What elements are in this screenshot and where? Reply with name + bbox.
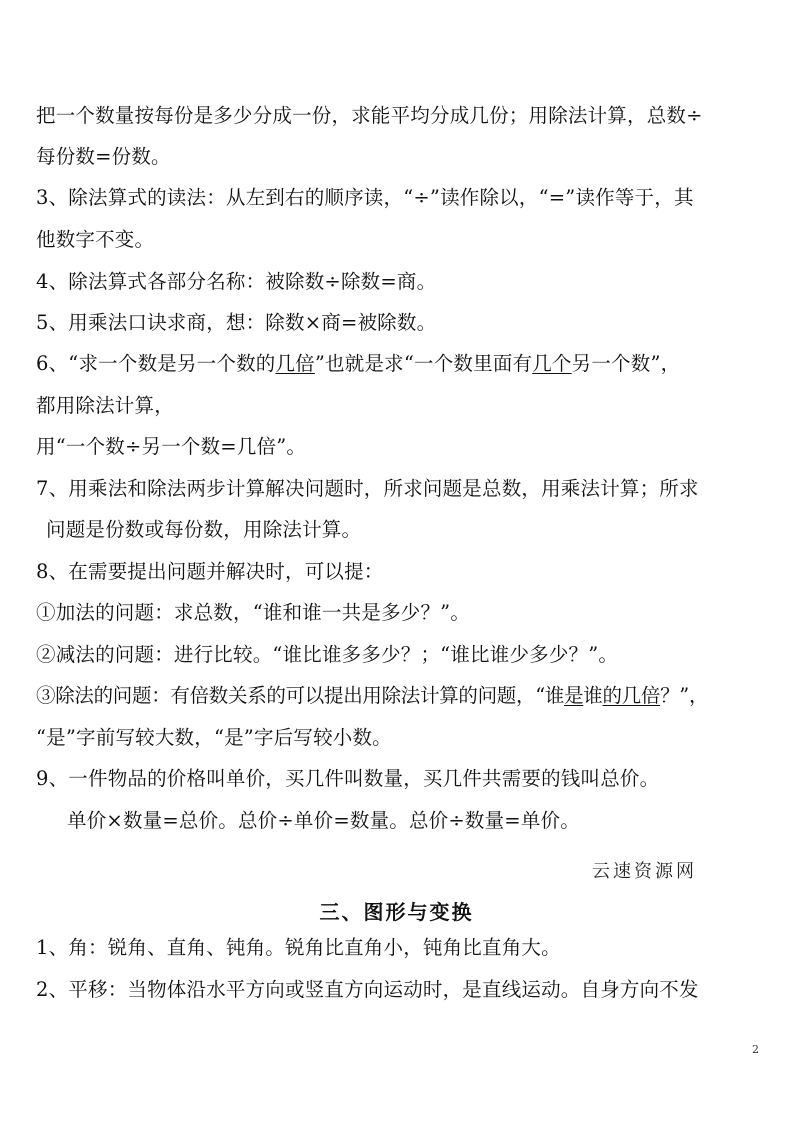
text-line: 单价×数量=总价。总价÷单价=数量。总价÷数量=单价。	[67, 809, 792, 833]
underlined-term: 几个	[532, 352, 571, 375]
text-line: 7、用乘法和除法两步计算解决问题时，所求问题是总数，用乘法计算；所求	[36, 477, 761, 501]
text-span: 谁	[583, 684, 602, 707]
text-line: 3、除法算式的读法：从左到右的顺序读，“÷”读作除以，“=”读作等于，其	[36, 186, 761, 210]
text-line: ③除法的问题：有倍数关系的可以提出用除法计算的问题，“谁是谁的几倍？”，	[36, 684, 761, 708]
text-line: 5、用乘法口诀求商，想：除数×商=被除数。	[36, 311, 761, 335]
text-line: 8、在需要提出问题并解决时，可以提：	[36, 560, 761, 584]
text-line: 2、平移：当物体沿水平方向或竖直方向运动时，是直线运动。自身方向不发	[36, 978, 761, 1002]
underlined-term: 是	[564, 684, 583, 707]
page-number: 2	[752, 1043, 759, 1056]
text-line: 都用除法计算，	[36, 394, 761, 418]
underlined-term: 几倍	[275, 352, 314, 375]
text-span: ？”，	[660, 684, 708, 707]
text-line: “是”字前写较大数，“是”字后写较小数。	[36, 726, 761, 750]
text-span: ③除法的问题：有倍数关系的可以提出用除法计算的问题，“谁	[36, 684, 564, 707]
section-heading: 三、图形与变换	[0, 896, 793, 925]
text-line: 9、一件物品的价格叫单价，买几件叫数量，买几件共需要的钱叫总价。	[36, 767, 761, 791]
text-line: ①加法的问题：求总数，“谁和谁一共是多少？”。	[36, 601, 761, 625]
text-line: 每份数=份数。	[36, 145, 761, 169]
text-line: 4、除法算式各部分名称：被除数÷除数=商。	[36, 270, 761, 294]
text-span: 6、“求一个数是另一个数的	[36, 352, 275, 375]
text-line: 6、“求一个数是另一个数的几倍”也就是求“一个数里面有几个另一个数”，	[36, 352, 761, 376]
text-line: 他数字不变。	[36, 228, 761, 252]
text-line: 问题是份数或每份数，用除法计算。	[46, 518, 771, 542]
underlined-term: 的几倍	[602, 684, 660, 707]
document-page: 把一个数量按每份是多少分成一份，求能平均分成几份；用除法计算，总数÷ 每份数=份…	[0, 0, 793, 1122]
text-span: 另一个数”，	[572, 352, 681, 375]
watermark: 云速资源网	[592, 857, 697, 883]
text-span: ”也就是求“一个数里面有	[315, 352, 532, 375]
text-line: ②减法的问题：进行比较。“谁比谁多多少？；“谁比谁少多少？”。	[36, 643, 761, 667]
text-line: 把一个数量按每份是多少分成一份，求能平均分成几份；用除法计算，总数÷	[36, 104, 761, 128]
text-line: 用“一个数÷另一个数=几倍”。	[36, 435, 761, 459]
text-line: 1、角：锐角、直角、钝角。锐角比直角小，钝角比直角大。	[36, 936, 761, 960]
